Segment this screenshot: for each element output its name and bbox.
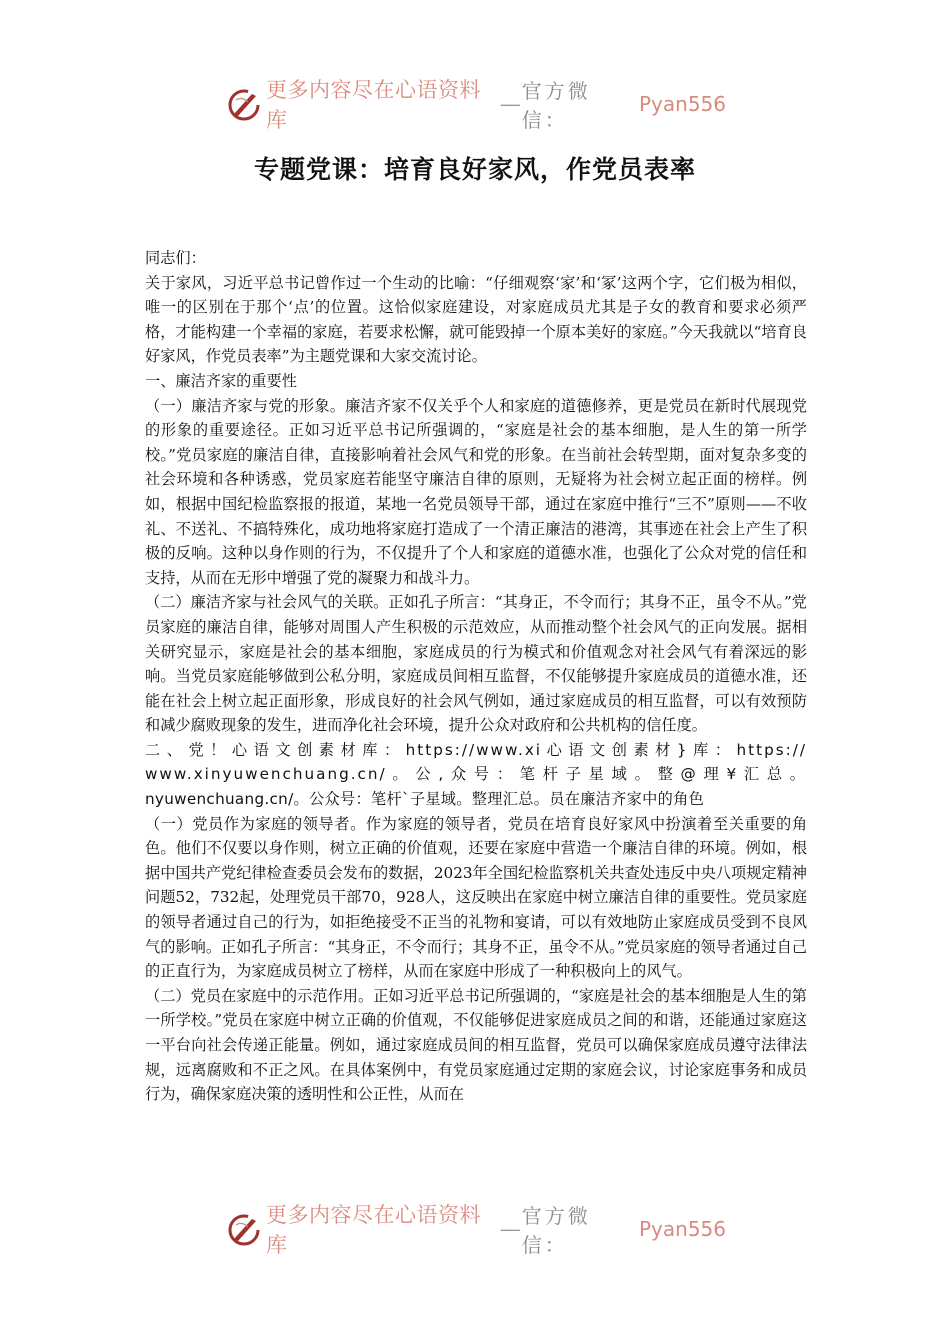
banner-dash: — — [500, 92, 521, 116]
section-1-2-paragraph: （二）廉洁齐家与社会风气的关联。正如孔子所言：“其身正，不令而行；其身不正，虽令… — [145, 590, 807, 738]
banner-main-text: 更多内容尽在心语资料库 — [266, 74, 499, 134]
footer-watermark-banner: 更多内容尽在心语资料库 — 官方微信： Pyan556 — [226, 1207, 726, 1251]
banner-wechat-id: Pyan556 — [639, 1217, 726, 1241]
section-2-heading-line-3: nyuwenchuang.cn/。公众号：笔杆`子星域。整理汇总。员在廉洁齐家中… — [145, 787, 807, 812]
banner-wechat-label: 官方微信： — [522, 1200, 635, 1258]
section-2-heading-line-1: 二、党！心语文创素材库：https://www.xi心语文创素材}库：https… — [145, 738, 807, 763]
banner-main-text: 更多内容尽在心语资料库 — [266, 1199, 499, 1259]
section-2-heading: 二、党！心语文创素材库：https://www.xi心语文创素材}库：https… — [145, 738, 807, 812]
document-body: 同志们： 关于家风，习近平总书记曾作过一个生动的比喻：“仔细观察‘家’和‘冢’这… — [145, 246, 807, 1107]
section-2-2-paragraph: （二）党员在家庭中的示范作用。正如习近平总书记所强调的，“家庭是社会的基本细胞是… — [145, 984, 807, 1107]
banner-wechat-label: 官方微信： — [522, 75, 635, 133]
section-2-1-paragraph: （一）党员作为家庭的领导者。作为家庭的领导者，党员在培育良好家风中扮演着至关重要… — [145, 812, 807, 984]
banner-dash: — — [500, 1217, 521, 1241]
quill-logo-icon — [226, 86, 262, 122]
header-watermark-banner: 更多内容尽在心语资料库 — 官方微信： Pyan556 — [226, 82, 726, 126]
banner-wechat-id: Pyan556 — [639, 92, 726, 116]
greeting: 同志们： — [145, 246, 807, 271]
section-1-heading: 一、廉洁齐家的重要性 — [145, 369, 807, 394]
intro-paragraph: 关于家风，习近平总书记曾作过一个生动的比喻：“仔细观察‘家’和‘冢’这两个字，它… — [145, 271, 807, 369]
document-title: 专题党课：培育良好家风，作党员表率 — [0, 150, 950, 186]
section-2-heading-line-2: www.xinyuwenchuang.cn/。公,众号：笔杆子星域。整@理¥汇总… — [145, 762, 807, 787]
section-1-1-paragraph: （一）廉洁齐家与党的形象。廉洁齐家不仅关乎个人和家庭的道德修养，更是党员在新时代… — [145, 394, 807, 591]
quill-logo-icon — [226, 1211, 262, 1247]
